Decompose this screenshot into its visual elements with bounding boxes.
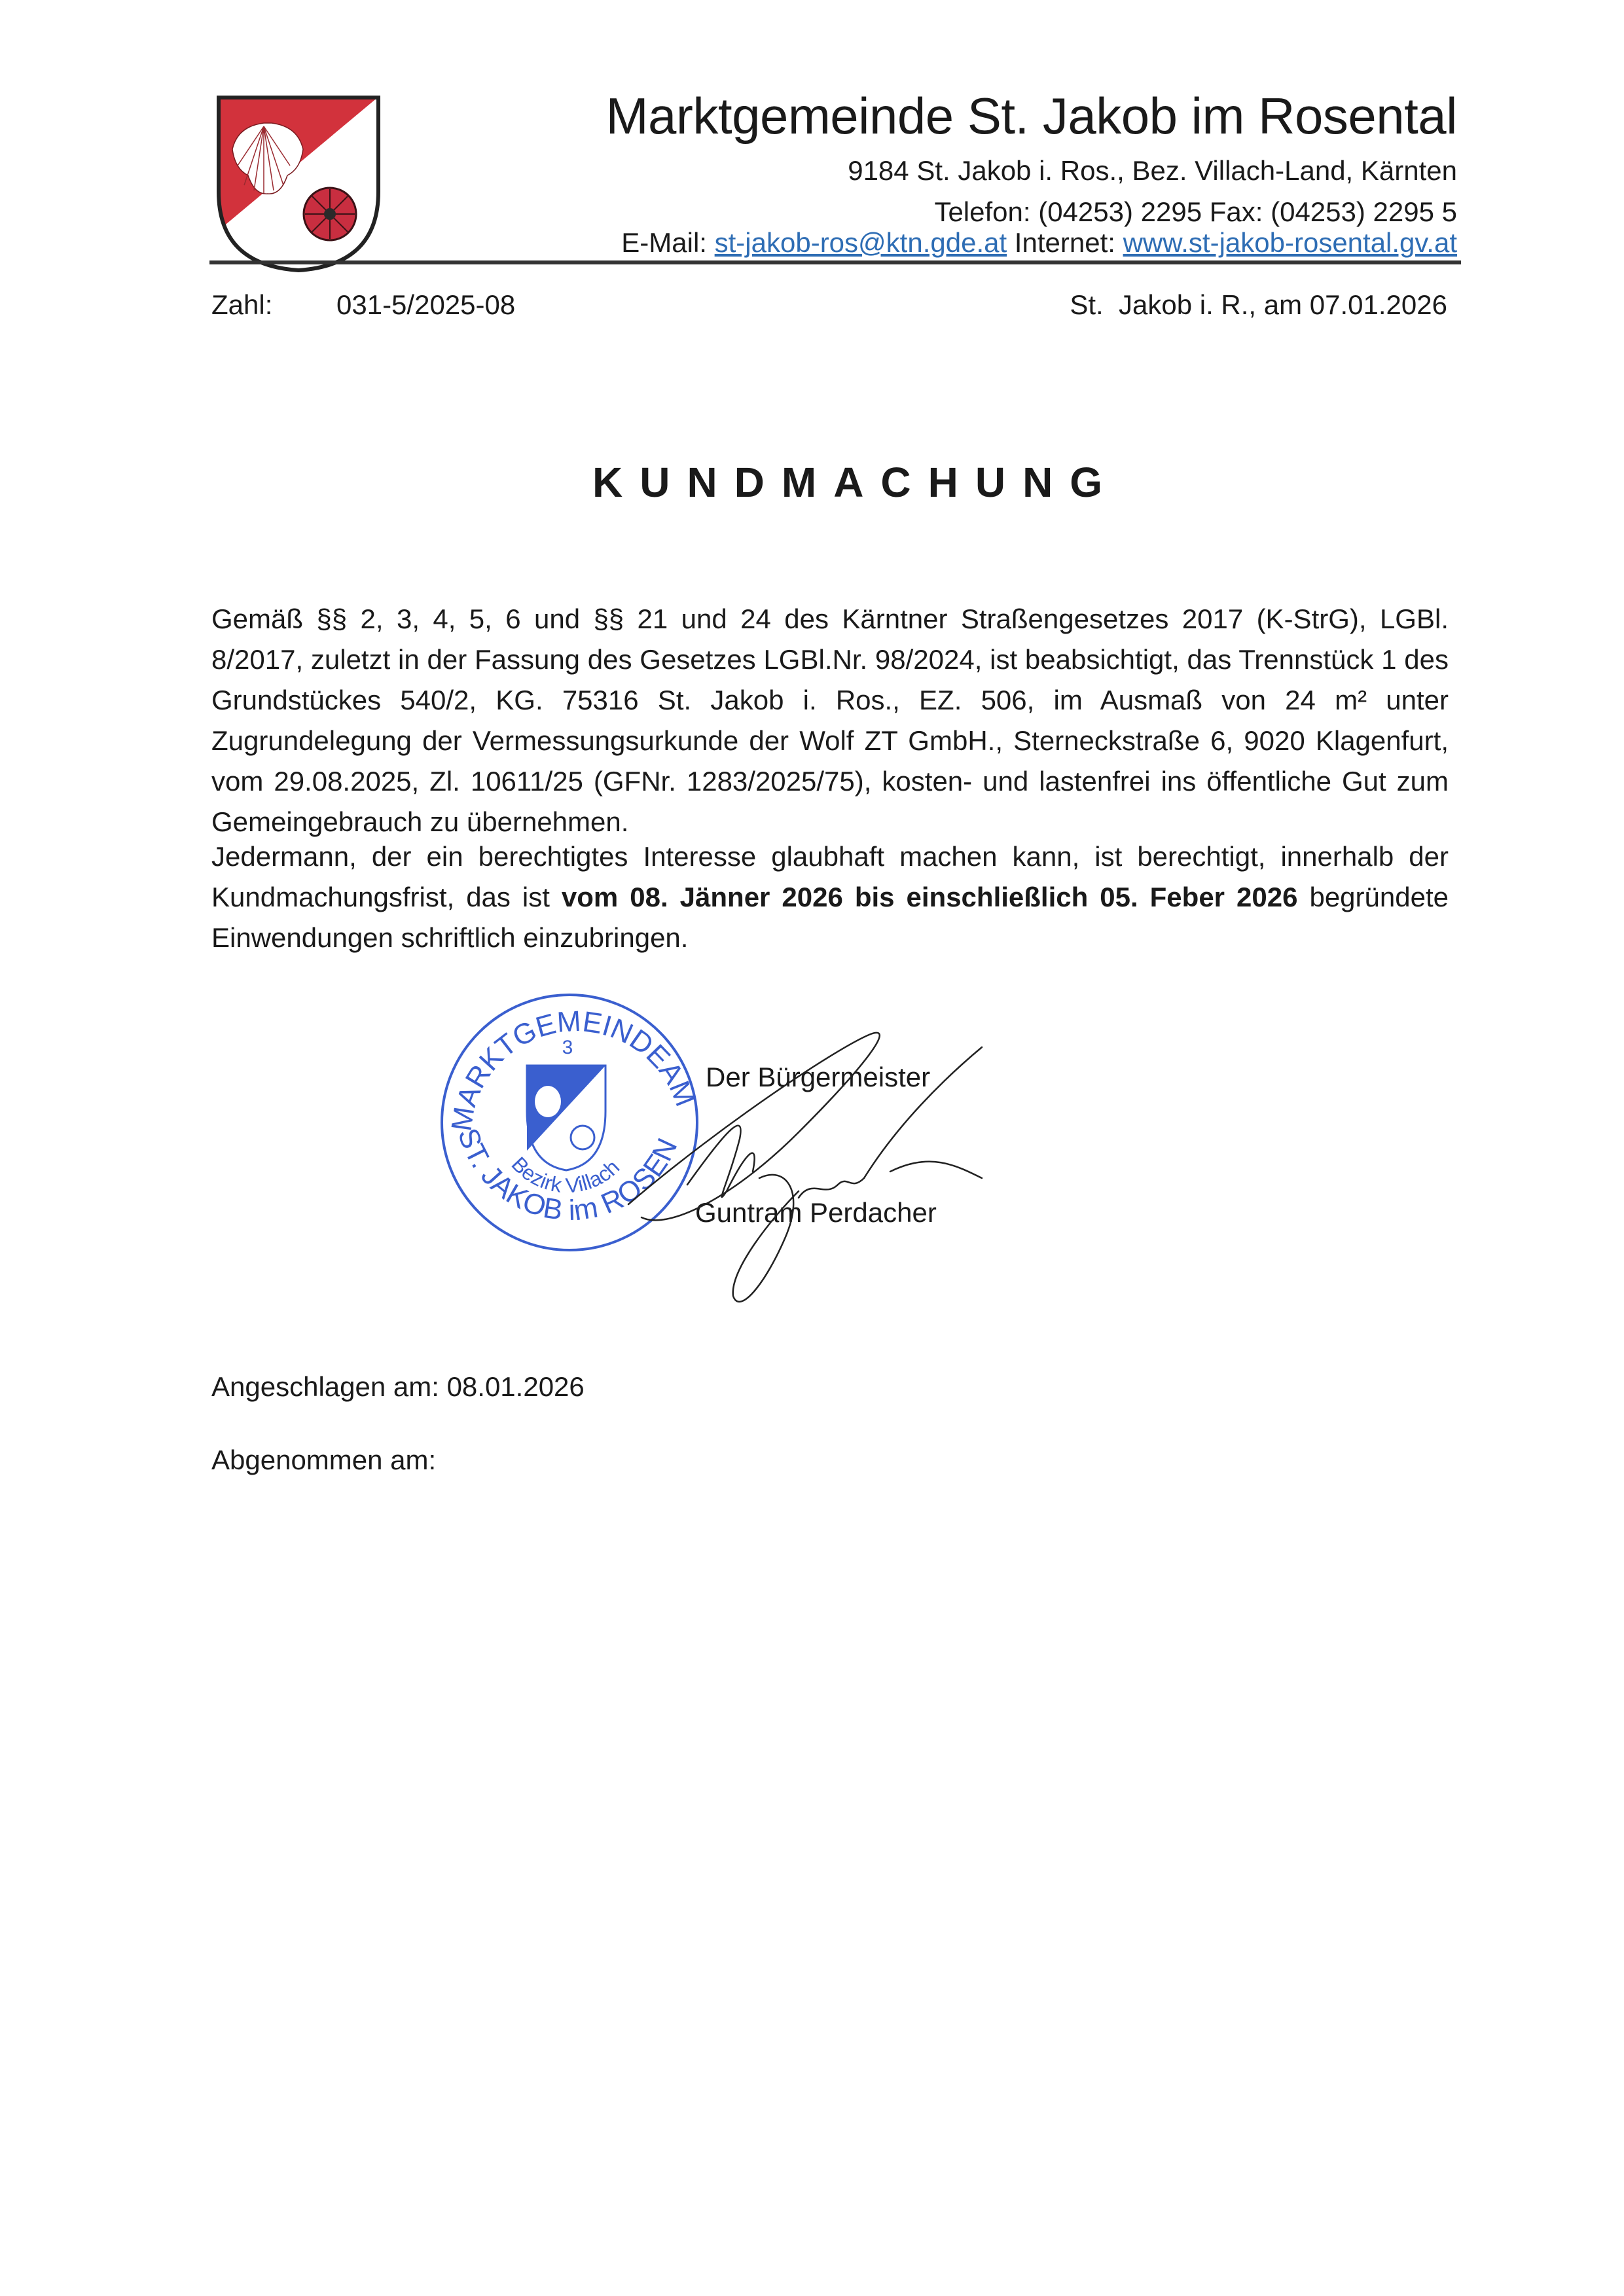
reference-number: 031-5/2025-08: [336, 291, 515, 319]
posted-date: Angeschlagen am: 08.01.2026: [211, 1373, 585, 1401]
phone-fax: Telefon: (04253) 2295 Fax: (04253) 2295 …: [934, 198, 1457, 226]
official-seal-icon: MARKTGEMEINDEAMT ST. JAKOB im ROSENTAL B…: [432, 982, 707, 1257]
objection-period-dates: vom 08. Jänner 2026 bis einschließlich 0…: [562, 882, 1298, 912]
municipality-name: Marktgemeinde St. Jakob im Rosental: [606, 90, 1457, 141]
website-link[interactable]: www.st-jakob-rosental.gv.at: [1123, 227, 1457, 258]
place-date: St. Jakob i. R., am 07.01.2026: [1070, 291, 1447, 319]
header-divider: [209, 260, 1461, 264]
document-title: KUNDMACHUNG: [592, 461, 1119, 503]
contact-line: E-Mail: st-jakob-ros@ktn.gde.at Internet…: [621, 229, 1457, 257]
removed-date: Abgenommen am:: [211, 1446, 436, 1474]
signatory-name: Guntram Perdacher: [695, 1199, 937, 1227]
internet-label: Internet:: [1007, 227, 1123, 258]
coat-of-arms-icon: [215, 94, 382, 274]
email-link[interactable]: st-jakob-ros@ktn.gde.at: [715, 227, 1007, 258]
reference-label: Zahl:: [211, 291, 272, 319]
signatory-role: Der Bürgermeister: [706, 1064, 930, 1091]
email-label: E-Mail:: [621, 227, 714, 258]
stamp-number: 3: [562, 1037, 573, 1058]
paragraph-legal-basis: Gemäß §§ 2, 3, 4, 5, 6 und §§ 21 und 24 …: [211, 599, 1449, 842]
paragraph-objection-period: Jedermann, der ein berechtigtes Interess…: [211, 836, 1449, 958]
municipality-address: 9184 St. Jakob i. Ros., Bez. Villach-Lan…: [848, 157, 1457, 185]
